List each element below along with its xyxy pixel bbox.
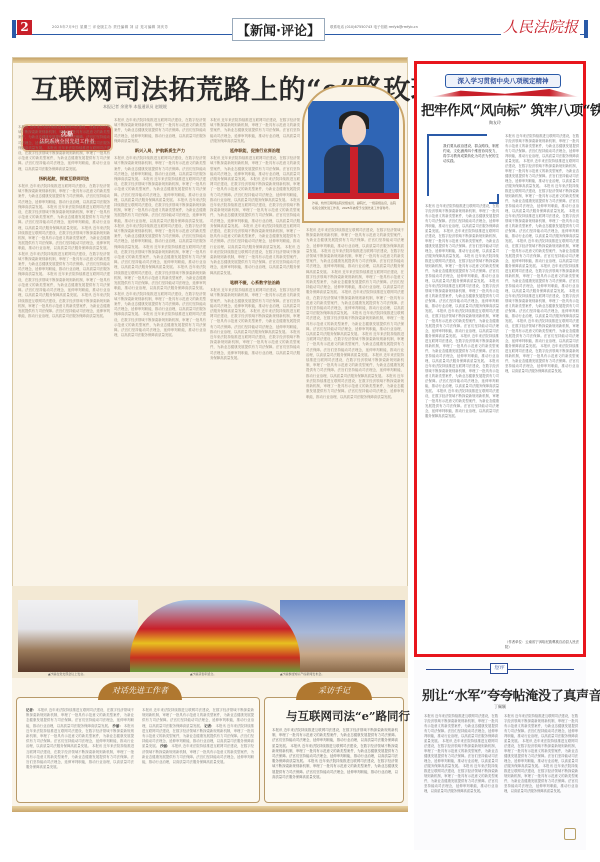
article-headline[interactable]: 把牢作风“风向标” 筑牢八项“铁规矩” [421,99,600,119]
portrait-frame: 沙丽，杭州互联网法院党组成员、副院长，一级高级法官，法院系统全国先进工作者，20… [302,85,405,223]
portrait-ribbon [308,193,399,199]
banner-ribbon [431,89,579,97]
side-column-2: 本报讯 近年来法院持续推进互联网司法建设，在数字经济领域不断探索新规则新机制，审… [504,714,578,834]
masthead: 2 2025年7月9日 星期三 评论版主办 责任编辑 刘 洁 见习编辑 刘庆芳 … [12,22,588,44]
interview-column-1: 记者： 本报讯 近年来法院持续推进互联网司法建设，在数字经济领域不断探索新规则新… [26,708,134,800]
portrait-face [342,115,366,145]
portrait-tie [350,147,358,195]
feature-column-2: 本报讯 近年来法院持续推进互联网司法建设，在数字经济领域不断探索新规则新机制，审… [114,118,206,585]
subhead-3: 扬帆起航，探索互联网司法 [18,176,110,181]
newspaper-logo: 人民法院报 [501,16,580,37]
page-number: 2 [17,20,32,35]
article-column-2: 本报讯 近年来法院持续推进互联网司法建设，在数字经济领域不断探索新规则新机制，审… [505,134,579,638]
masthead-left-bar [12,20,16,38]
corner-ornament [564,828,576,840]
photo-award[interactable] [130,600,300,672]
feature-byline: 本报记者 余建华 本报通讯员 赵媛媛 [103,104,167,110]
feature-column-3: 本报讯 近年来法院持续推进互联网司法建设，在数字经济领域不断探索新规则新机制，审… [210,118,300,585]
masthead-right-bar [584,20,588,38]
article-author: 陶友玲 [489,120,501,126]
masthead-meta-left: 2025年7月9日 星期三 评论版主办 责任编辑 刘 洁 见习编辑 刘庆芳 [52,25,168,30]
side-column-1: 本报讯 近年来法院持续推进互联网司法建设，在数字经济领域不断探索新规则新机制，审… [424,714,498,834]
subhead-4: 笔耕不辍，心系数字法治路 [210,280,300,285]
masthead-meta-right: 联系电话 (010)67550743 电子信箱 rmfyb@rmfyb.cn [330,25,418,30]
article-column-1: 本报讯 近年来法院持续推进互联网司法建设，在数字经济领域不断探索新规则新机制，审… [425,204,499,652]
side-tag: 短评 [490,663,508,674]
author-affiliation: （作者单位：云南省宁洱哈尼族彝族自治县人民法院） [505,640,579,652]
notes-title[interactable]: 与互联网司法“e”路同行 [286,708,410,724]
subhead-1: 新兴入局，护航新质生产力 [114,148,206,153]
photo-caption-3: ▲沙丽参加知识产权新闻发布会。 [280,672,324,676]
side-headline[interactable]: 别让“水军”夸夸帖淹没了真声音 [422,685,600,704]
topic-banner: 深入学习贯彻中央八项规定精神 [445,74,561,88]
notes-tab: 采访手记 [296,682,372,700]
portrait-caption: 沙丽，杭州互联网法院党组成员、副院长，一级高级法官，法院系统全国先进工作者，20… [312,201,397,210]
feature-bottom-band [12,806,408,812]
photo-meeting[interactable] [18,600,138,672]
photo-caption-2: ▲沙丽获表彰留念。 [190,672,216,676]
highlighted-article[interactable]: 深入学习贯彻中央八项规定精神 把牢作风“风向标” 筑牢八项“铁规矩” 陶友玲 我… [414,61,586,657]
feature-top-band [13,58,407,63]
pull-quote: 我们要从政治建设、群众路线、制度约束、文化涵养四个维度协同发力，将学习教育成果转… [443,144,499,164]
interview-tab: 对话先进工作者 [98,682,182,700]
notes-body: 本报讯 近年来法院持续推进互联网司法建设，在数字经济领域不断探索新规则新机制，审… [272,728,398,800]
interview-column-2: 本报讯 近年来法院持续推进互联网司法建设，在数字经济领域不断探索新规则新机制，审… [142,708,254,800]
subhead-2: 延伸职能，促推行业深治理 [210,148,300,153]
feature-column-1: 本报讯 近年来法院持续推进互联网司法建设，在数字经济领域不断探索新规则新机制，审… [18,125,110,585]
side-article[interactable]: 短评 别让“水军”夸夸帖淹没了真声音 丁佩颖 本报讯 近年来法院持续推进互联网司… [414,660,586,850]
photo-caption-1: ▲沙丽在党支部会议上发言。 [48,672,86,676]
feature-column-4: 本报讯 近年来法院持续推进互联网司法建设，在数字经济领域不断探索新规则新机制，审… [306,228,404,585]
pull-quote-frame: 我们要从政治建设、群众路线、制度约束、文化涵养四个维度协同发力，将学习教育成果转… [427,134,487,196]
section-title: 【新闻·评论】 [232,18,325,41]
side-author: 丁佩颖 [494,704,506,710]
